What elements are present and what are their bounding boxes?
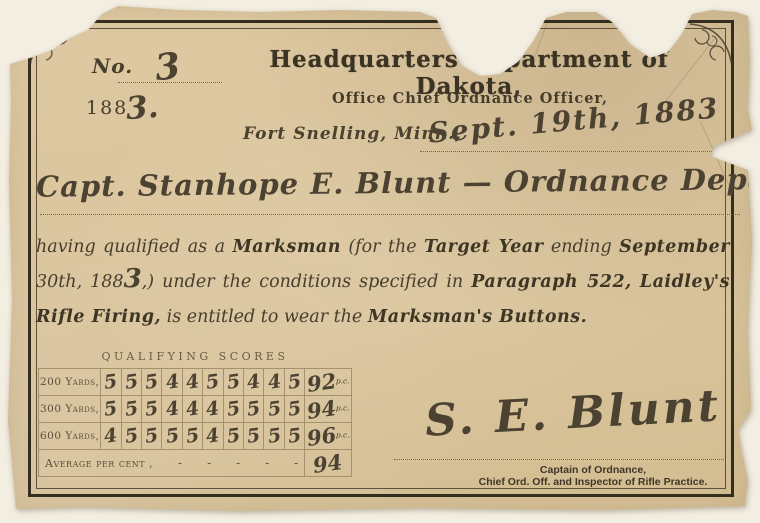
body-segment: Marksman's Buttons. — [368, 307, 587, 327]
shot-value: 4 — [205, 397, 221, 421]
total-unit: p.c. — [336, 430, 350, 439]
shot-cell: 5 — [284, 369, 304, 396]
shot-cell: 5 — [121, 369, 141, 396]
shot-value: 5 — [144, 370, 160, 394]
average-dash: - — [236, 456, 240, 470]
average-row: Average per cent ,-----94 — [39, 450, 352, 477]
total-value: 92 — [305, 368, 337, 397]
score-row: 300 Yards,555444555594p.c. — [39, 396, 352, 423]
shot-value: 4 — [103, 424, 119, 448]
shot-value: 4 — [164, 397, 180, 421]
shot-cell: 4 — [244, 369, 264, 396]
no-label: No. — [92, 54, 133, 78]
range-label: 200 Yards, — [39, 369, 101, 396]
range-label: 600 Yards, — [39, 423, 101, 450]
scores-table-body: 200 Yards,555445544592p.c.300 Yards,5554… — [39, 369, 352, 477]
total-cell: 96p.c. — [305, 423, 352, 450]
average-value-cell: 94 — [305, 450, 352, 477]
shot-value: 5 — [123, 397, 139, 421]
shot-cell: 4 — [162, 369, 182, 396]
year-handwritten-digit: 3. — [125, 89, 160, 127]
average-value: 94 — [312, 449, 344, 478]
shot-cell: 4 — [101, 423, 121, 450]
body-segment: Target Year — [424, 237, 543, 257]
shot-cell: 5 — [244, 396, 264, 423]
shot-cell: 5 — [121, 423, 141, 450]
shot-cell: 5 — [244, 423, 264, 450]
shot-value: 5 — [266, 397, 282, 421]
shot-cell: 5 — [142, 396, 162, 423]
shot-cell: 5 — [223, 396, 243, 423]
shot-value: 5 — [123, 370, 139, 394]
average-flex: Average per cent ,----- — [39, 456, 304, 470]
body-segment: Paragraph 522, — [471, 272, 632, 292]
body-segment: September — [619, 237, 730, 257]
year-block: 1883. — [86, 90, 159, 126]
shot-cell: 5 — [142, 369, 162, 396]
shot-cell: 5 — [264, 423, 284, 450]
shot-cell: 4 — [182, 369, 202, 396]
shot-value: 5 — [286, 424, 302, 448]
shot-cell: 4 — [182, 396, 202, 423]
year-printed: 188 — [86, 97, 128, 119]
shot-cell: 4 — [162, 396, 182, 423]
paper-surface: No.3 1883. Headquarters Department of Da… — [0, 0, 760, 523]
body-paragraph: having qualified as a Marksman (for the … — [36, 230, 730, 335]
shot-cell: 5 — [101, 396, 121, 423]
shot-value: 5 — [144, 424, 160, 448]
recipient-rule-line — [40, 214, 740, 215]
number-rule-line — [118, 82, 222, 83]
shot-cell: 4 — [264, 369, 284, 396]
shot-cell: 5 — [223, 423, 243, 450]
total-value: 94 — [305, 395, 337, 424]
shot-cell: 5 — [203, 369, 223, 396]
shot-value: 5 — [286, 370, 302, 394]
signer-title-line2: Chief Ord. Off. and Inspector of Rifle P… — [408, 476, 760, 488]
shot-value: 5 — [103, 397, 119, 421]
shot-value: 5 — [225, 424, 241, 448]
shot-cell: 5 — [101, 369, 121, 396]
shot-cell: 4 — [203, 423, 223, 450]
shot-value: 4 — [246, 370, 262, 394]
shot-value: 4 — [205, 424, 221, 448]
shot-value: 5 — [144, 397, 160, 421]
shot-value: 4 — [266, 370, 282, 394]
shot-cell: 5 — [284, 396, 304, 423]
range-label: 300 Yards, — [39, 396, 101, 423]
body-segment — [632, 272, 640, 292]
average-dash: - — [178, 456, 182, 470]
shot-cell: 5 — [223, 369, 243, 396]
average-label-cell: Average per cent ,----- — [39, 450, 305, 477]
body-segment: (for the — [341, 237, 424, 257]
shot-value: 5 — [164, 424, 180, 448]
body-segment: 30th, 188 — [36, 272, 124, 292]
shot-value: 5 — [246, 397, 262, 421]
shot-value: 4 — [184, 370, 200, 394]
body-segment: 3 — [124, 264, 142, 294]
body-segment: ,) under the conditions specified in — [142, 272, 472, 292]
total-cell: 92p.c. — [305, 369, 352, 396]
shot-value: 5 — [103, 370, 119, 394]
shot-value: 5 — [266, 424, 282, 448]
certificate-paper-wrap: No.3 1883. Headquarters Department of Da… — [0, 0, 760, 523]
total-cell: 94p.c. — [305, 396, 352, 423]
scores-table-title: QUALIFYING SCORES — [38, 350, 352, 363]
average-dash: - — [265, 456, 269, 470]
shot-cell: 5 — [182, 423, 202, 450]
scanned-certificate: No.3 1883. Headquarters Department of Da… — [0, 0, 760, 523]
shot-value: 5 — [123, 424, 139, 448]
shot-cell: 5 — [284, 423, 304, 450]
shot-value: 5 — [246, 424, 262, 448]
shot-value: 5 — [184, 424, 200, 448]
body-segment: is entitled to wear the — [161, 307, 368, 327]
score-row: 600 Yards,455554555596p.c. — [39, 423, 352, 450]
shot-value: 4 — [184, 397, 200, 421]
signer-title-line1: Captain of Ordnance, — [428, 464, 758, 476]
signature-rule-line — [394, 459, 724, 460]
shot-cell: 5 — [121, 396, 141, 423]
total-unit: p.c. — [336, 403, 350, 412]
body-segment: having qualified as a — [36, 237, 232, 257]
shot-cell: 5 — [162, 423, 182, 450]
score-row: 200 Yards,555445544592p.c. — [39, 369, 352, 396]
scores-table: 200 Yards,555445544592p.c.300 Yards,5554… — [38, 368, 352, 477]
average-dash: - — [294, 456, 298, 470]
shot-cell: 4 — [203, 396, 223, 423]
date-rule-line — [420, 151, 712, 152]
shot-value: 4 — [164, 370, 180, 394]
shot-value: 5 — [225, 370, 241, 394]
body-segment: Marksman — [232, 237, 341, 257]
total-unit: p.c. — [336, 376, 350, 385]
shot-cell: 5 — [142, 423, 162, 450]
qualifying-scores-block: QUALIFYING SCORES 200 Yards,555445544592… — [38, 350, 352, 477]
shot-cell: 5 — [264, 396, 284, 423]
shot-value: 5 — [286, 397, 302, 421]
average-dash: - — [207, 456, 211, 470]
corner-flourish-icon — [26, 20, 74, 68]
shot-value: 5 — [225, 397, 241, 421]
total-value: 96 — [305, 422, 337, 451]
body-segment: ending — [543, 237, 619, 257]
shot-value: 5 — [205, 370, 221, 394]
average-label: Average per cent , — [45, 457, 153, 470]
